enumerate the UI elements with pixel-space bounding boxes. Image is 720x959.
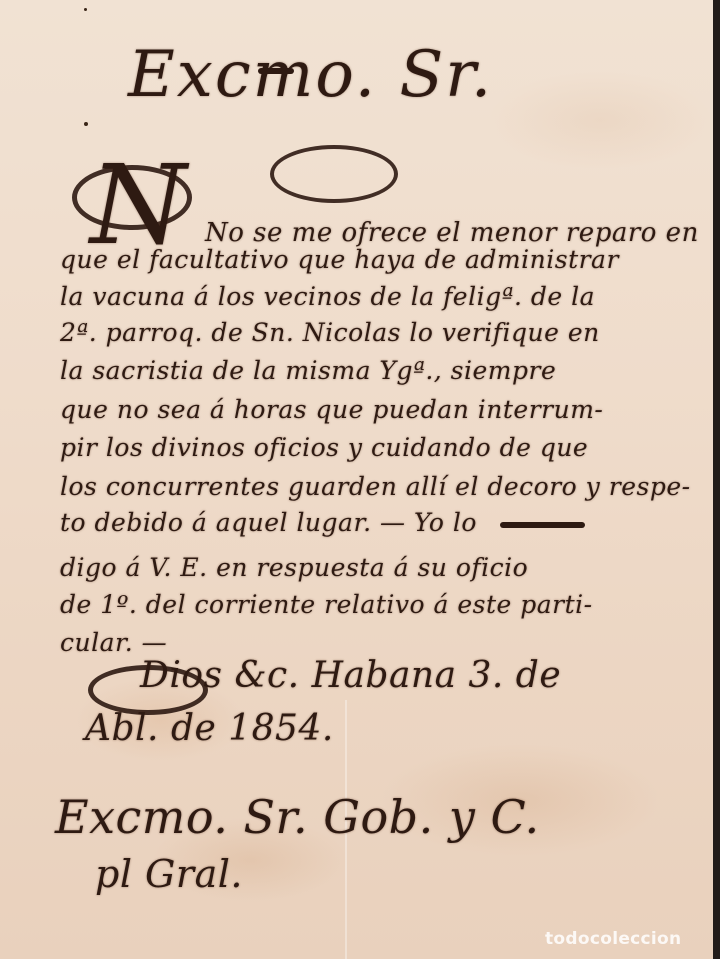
watermark: todocoleccion (545, 929, 681, 949)
ink-speck (84, 8, 87, 11)
recipient-line-2: pl Gral. (95, 852, 243, 896)
salutation: Excmo. Sr. (128, 38, 493, 112)
body-line-7: pir los divinos oficios y cuidando de qu… (60, 433, 588, 462)
ink-speck (84, 122, 88, 126)
body-line-3: la vacuna á los vecinos de la feligª. de… (60, 282, 595, 311)
body-line-9: to debido á aquel lugar. — Yo lo (60, 508, 477, 537)
body-line-1: No se me ofrece el menor reparo en (205, 218, 699, 248)
body-line-11: de 1º. del corriente relativo á este par… (60, 590, 593, 619)
initial-letter: N (90, 150, 186, 260)
closing-line-1: Dios &c. Habana 3. de (140, 655, 561, 696)
body-line-6: que no sea á horas que puedan interrum- (60, 395, 603, 424)
closing-date: Abl. de 1854. (85, 708, 334, 749)
body-line-12: cular. — (60, 628, 167, 657)
line-dash (500, 522, 585, 528)
body-line-5: la sacristia de la misma Ygª., siempre (60, 356, 556, 385)
body-line-2: que el facultativo que haya de administr… (60, 245, 619, 274)
salutation-tilde (258, 68, 294, 74)
scan-border (713, 0, 720, 959)
body-line-8: los concurrentes guarden allí el decoro … (60, 472, 691, 501)
recipient-line-1: Excmo. Sr. Gob. y C. (55, 790, 540, 844)
body-line-4: 2ª. parroq. de Sn. Nicolas lo verifique … (60, 318, 600, 347)
initial-flourish-top (270, 145, 398, 203)
body-line-10: digo á V. E. en respuesta á su oficio (60, 553, 528, 582)
document-page: Excmo. Sr. N No se me ofrece el menor re… (0, 0, 713, 959)
